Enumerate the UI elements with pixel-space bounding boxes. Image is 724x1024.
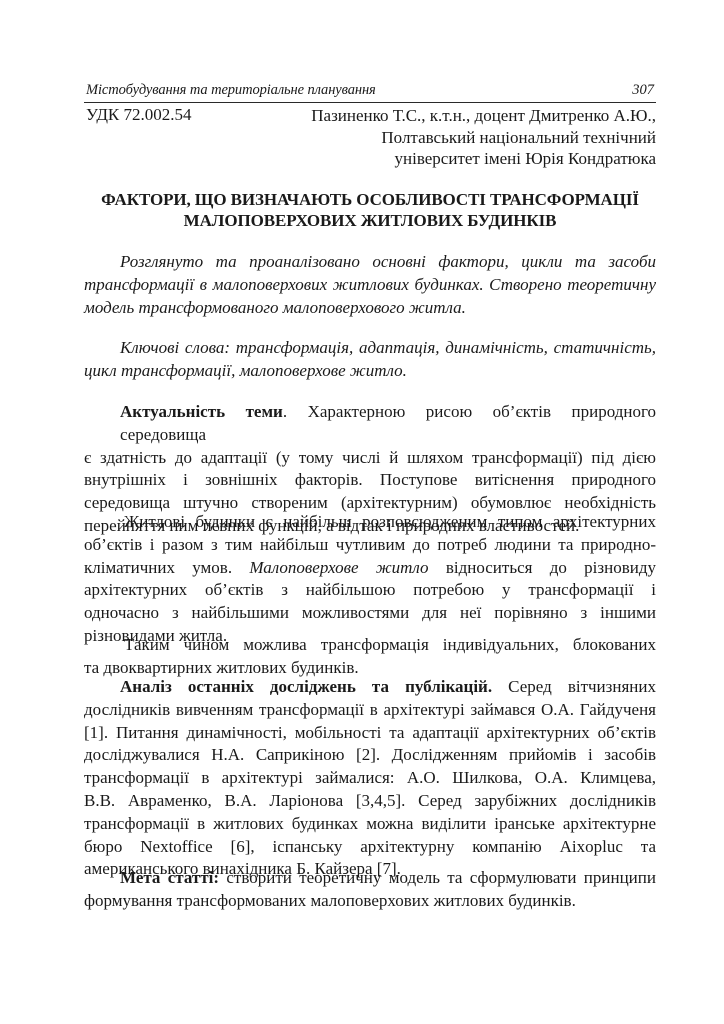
paragraph-line: Мета статті: створити теоретичну модель … xyxy=(84,867,656,890)
title-line: ФАКТОРИ, ЩО ВИЗНАЧАЮТЬ ОСОБЛИВОСТІ ТРАНС… xyxy=(84,189,656,210)
keywords-line: Ключові слова: трансформація, адаптація,… xyxy=(84,337,656,360)
paragraph-line: архітектурних об’єктів з найбільшою потр… xyxy=(84,579,656,602)
paragraph-line: Таким чином можлива трансформація індиві… xyxy=(84,634,656,657)
udc-code: УДК 72.002.54 xyxy=(86,105,192,125)
section-analysis: Аналіз останніх досліджень та публікацій… xyxy=(84,676,656,881)
abstract-line: трансформації в малоповерхових житлових … xyxy=(84,274,656,297)
paragraph-line: В.В. Авраменко, В.А. Ларіонова [3,4,5]. … xyxy=(84,790,656,813)
abstract: Розглянуто та проаналізовано основні фак… xyxy=(84,251,656,319)
section-heading: Мета статті: xyxy=(120,868,219,887)
paragraph-line: трансформації в архітектурі займалися: А… xyxy=(84,767,656,790)
paragraph-line: кліматичних умов. Малоповерхове житло ві… xyxy=(84,557,656,580)
abstract-line: модель трансформованого малоповерхового … xyxy=(84,297,656,320)
paragraph-line: трансформації в житлових будинках можна … xyxy=(84,813,656,836)
authors-line: Пазиненко Т.С., к.т.н., доцент Дмитренко… xyxy=(311,105,656,127)
running-header: Містобудування та територіальне плануван… xyxy=(84,80,656,103)
title-line: МАЛОПОВЕРХОВИХ ЖИТЛОВИХ БУДИНКІВ xyxy=(84,210,656,231)
paragraph-line: є здатність до адаптації (у тому числі й… xyxy=(84,447,656,470)
paragraph-line: Актуальність теми. Характерною рисою об’… xyxy=(84,401,656,447)
paragraph-line: досліджувалися Н.А. Саприкіною [2]. Досл… xyxy=(84,744,656,767)
affiliation-line: Полтавський національний технічний xyxy=(311,127,656,149)
keywords: Ключові слова: трансформація, адаптація,… xyxy=(84,337,656,383)
section-heading: Актуальність теми xyxy=(120,402,283,421)
section-goal: Мета статті: створити теоретичну модель … xyxy=(84,867,656,913)
paragraph-line: [1]. Питання динамічності, мобільності т… xyxy=(84,722,656,745)
abstract-line: Розглянуто та проаналізовано основні фак… xyxy=(84,251,656,274)
paragraph-line: формування трансформованих малоповерхови… xyxy=(84,890,656,913)
paragraph-line: дослідників вивченням трансформації в ар… xyxy=(84,699,656,722)
emphasis: Малоповерхове житло xyxy=(249,558,428,577)
paragraph-line: об’єктів і разом з тим найбільш чутливим… xyxy=(84,534,656,557)
document-page: Містобудування та територіальне плануван… xyxy=(0,0,724,1024)
journal-title: Містобудування та територіальне плануван… xyxy=(86,82,376,99)
article-title: ФАКТОРИ, ЩО ВИЗНАЧАЮТЬ ОСОБЛИВОСТІ ТРАНС… xyxy=(84,189,656,231)
paragraph-line: внутрішніх і зовнішніх факторів. Поступо… xyxy=(84,469,656,492)
paragraph-possible: Таким чином можлива трансформація індиві… xyxy=(84,634,656,680)
keywords-line: цикл трансформації, малоповерхове житло. xyxy=(84,360,656,383)
author-affiliation: Пазиненко Т.С., к.т.н., доцент Дмитренко… xyxy=(311,105,656,170)
paragraph-line: одночасно з найбільшими можливостями для… xyxy=(84,602,656,625)
paragraph-line: Житлові будинки є найбільш розповсюджени… xyxy=(84,511,656,534)
paragraph-line: Аналіз останніх досліджень та публікацій… xyxy=(84,676,656,699)
section-heading: Аналіз останніх досліджень та публікацій… xyxy=(120,677,492,696)
paragraph-line: бюро Nextoffice [6], іспанську архітекту… xyxy=(84,836,656,859)
affiliation-line: університет імені Юрія Кондратюка xyxy=(311,148,656,170)
page-number: 307 xyxy=(632,82,654,99)
paragraph-residential: Житлові будинки є найбільш розповсюджени… xyxy=(84,511,656,648)
